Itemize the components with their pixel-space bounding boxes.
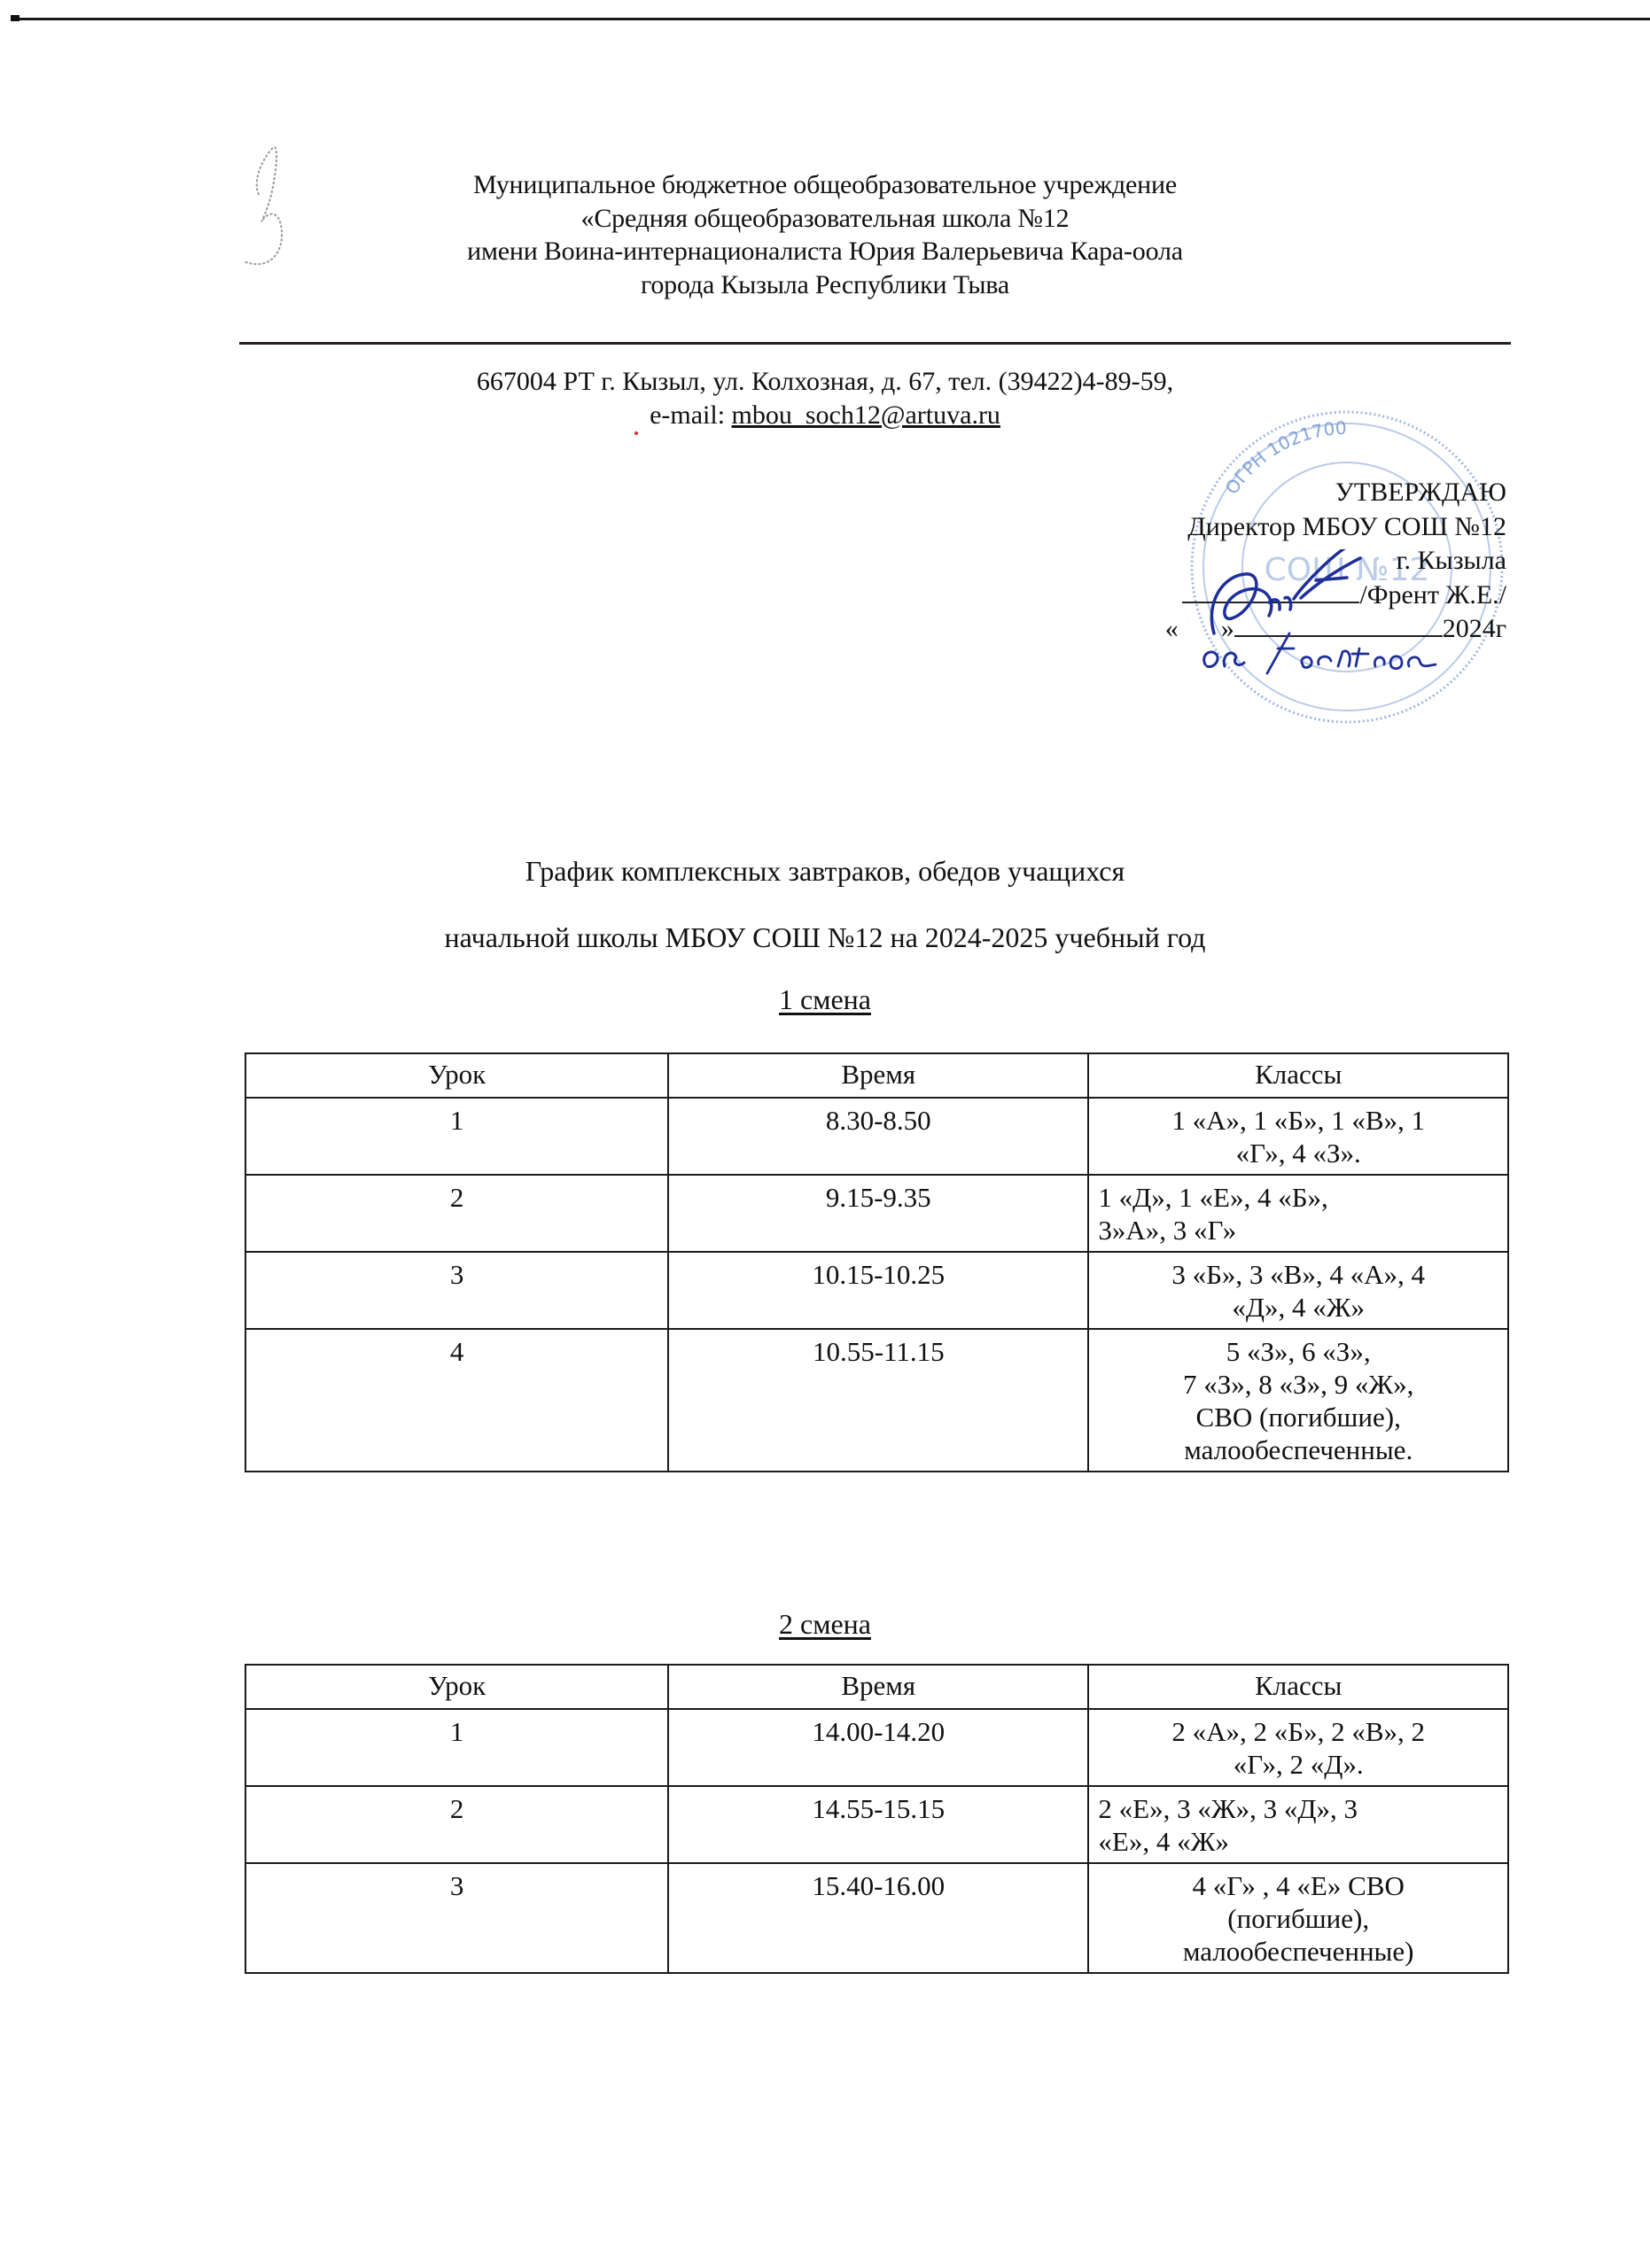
cell-lesson: 1	[245, 1098, 668, 1175]
scan-top-edge-line	[11, 18, 1650, 20]
table-header-row: Урок Время Классы	[245, 1053, 1508, 1098]
cell-time: 14.55-15.15	[668, 1786, 1088, 1863]
cell-classes: 2 «Е», 3 «Ж», 3 «Д», 3«Е», 4 «Ж»	[1088, 1786, 1508, 1863]
org-line: Муниципальное бюджетное общеобразователь…	[0, 168, 1650, 202]
cell-classes: 4 «Г» , 4 «Е» СВО(погибшие),малообеспече…	[1088, 1863, 1508, 1973]
classes-line: «Д», 4 «Ж»	[1098, 1291, 1498, 1324]
column-header-lesson: Урок	[245, 1665, 668, 1709]
cell-lesson: 3	[245, 1863, 668, 1973]
table-row: 315.40-16.004 «Г» , 4 «Е» СВО(погибшие),…	[245, 1863, 1508, 1973]
scan-corner-mark	[11, 15, 19, 21]
table-row: 29.15-9.351 «Д», 1 «Е», 4 «Б»,3»А», 3 «Г…	[245, 1175, 1508, 1252]
classes-line: (погибшие),	[1098, 1902, 1498, 1935]
classes-line: «Е», 4 «Ж»	[1098, 1825, 1498, 1858]
scan-speck	[634, 431, 638, 435]
classes-line: малообеспеченные)	[1098, 1935, 1498, 1968]
shift-2-table: Урок Время Классы 114.00-14.202 «А», 2 «…	[245, 1664, 1509, 1974]
organization-header: Муниципальное бюджетное общеобразователь…	[0, 168, 1650, 301]
approval-position: Директор МБОУ СОШ №12	[1165, 510, 1506, 545]
column-header-lesson: Урок	[245, 1053, 668, 1098]
classes-line: «Г», 2 «Д».	[1098, 1748, 1498, 1781]
table-row: 310.15-10.253 «Б», 3 «В», 4 «А», 4«Д», 4…	[245, 1252, 1508, 1329]
table-header-row: Урок Время Классы	[245, 1665, 1508, 1709]
column-header-time: Время	[668, 1665, 1088, 1709]
document-title-line-1: График комплексных завтраков, обедов уча…	[0, 855, 1650, 888]
table-row: 410.55-11.155 «З», 6 «З»,7 «З», 8 «З», 9…	[245, 1329, 1508, 1472]
email-label: e-mail:	[650, 400, 731, 430]
cell-time: 15.40-16.00	[668, 1863, 1088, 1973]
classes-line: 7 «З», 8 «З», 9 «Ж»,	[1098, 1368, 1498, 1401]
cell-time: 10.15-10.25	[668, 1252, 1088, 1329]
cell-time: 9.15-9.35	[668, 1175, 1088, 1252]
classes-line: 2 «А», 2 «Б», 2 «В», 2	[1098, 1715, 1498, 1748]
document-title-line-2: начальной школы МБОУ СОШ №12 на 2024-202…	[0, 921, 1650, 954]
table-row: 114.00-14.202 «А», 2 «Б», 2 «В», 2«Г», 2…	[245, 1709, 1508, 1786]
approval-heading: УТВЕРЖДАЮ	[1165, 476, 1506, 510]
handwritten-signature	[1170, 549, 1471, 678]
table-row: 18.30-8.501 «А», 1 «Б», 1 «В», 1«Г», 4 «…	[245, 1098, 1508, 1175]
org-line: «Средняя общеобразовательная школа №12	[0, 202, 1650, 236]
shift-1-table-body: 18.30-8.501 «А», 1 «Б», 1 «В», 1«Г», 4 «…	[245, 1098, 1508, 1472]
cell-classes: 1 «А», 1 «Б», 1 «В», 1«Г», 4 «З».	[1088, 1098, 1508, 1175]
classes-line: 3»А», 3 «Г»	[1098, 1214, 1498, 1247]
shift-1-heading: 1 смена	[0, 983, 1650, 1016]
cell-classes: 1 «Д», 1 «Е», 4 «Б»,3»А», 3 «Г»	[1088, 1175, 1508, 1252]
classes-line: 5 «З», 6 «З»,	[1098, 1335, 1498, 1368]
cell-classes: 2 «А», 2 «Б», 2 «В», 2«Г», 2 «Д».	[1088, 1709, 1508, 1786]
cell-lesson: 1	[245, 1709, 668, 1786]
classes-line: 3 «Б», 3 «В», 4 «А», 4	[1098, 1258, 1498, 1291]
address-line: 667004 РТ г. Кызыл, ул. Колхозная, д. 67…	[0, 365, 1650, 399]
shift-2-heading: 2 смена	[0, 1608, 1650, 1641]
cell-lesson: 4	[245, 1329, 668, 1472]
cell-lesson: 2	[245, 1786, 668, 1863]
header-divider	[239, 342, 1511, 345]
shift-2-label: 2 смена	[779, 1608, 871, 1640]
shift-2-table-body: 114.00-14.202 «А», 2 «Б», 2 «В», 2«Г», 2…	[245, 1709, 1508, 1973]
org-line: города Кызыла Республики Тыва	[0, 268, 1650, 302]
table-row: 214.55-15.152 «Е», 3 «Ж», 3 «Д», 3«Е», 4…	[245, 1786, 1508, 1863]
cell-time: 10.55-11.15	[668, 1329, 1088, 1472]
classes-line: «Г», 4 «З».	[1098, 1137, 1498, 1169]
cell-lesson: 3	[245, 1252, 668, 1329]
classes-line: 4 «Г» , 4 «Е» СВО	[1098, 1869, 1498, 1902]
classes-line: 2 «Е», 3 «Ж», 3 «Д», 3	[1098, 1792, 1498, 1825]
classes-line: 1 «Д», 1 «Е», 4 «Б»,	[1098, 1181, 1498, 1214]
shift-1-label: 1 смена	[779, 983, 871, 1015]
cell-lesson: 2	[245, 1175, 668, 1252]
classes-line: малообеспеченные.	[1098, 1433, 1498, 1466]
classes-line: 1 «А», 1 «Б», 1 «В», 1	[1098, 1104, 1498, 1137]
cell-classes: 5 «З», 6 «З»,7 «З», 8 «З», 9 «Ж»,СВО (по…	[1088, 1329, 1508, 1472]
org-line: имени Воина-интернационалиста Юрия Валер…	[0, 235, 1650, 268]
column-header-classes: Классы	[1088, 1665, 1508, 1709]
column-header-time: Время	[668, 1053, 1088, 1098]
cell-time: 8.30-8.50	[668, 1098, 1088, 1175]
cell-time: 14.00-14.20	[668, 1709, 1088, 1786]
classes-line: СВО (погибшие),	[1098, 1401, 1498, 1433]
email-link[interactable]: mbou_soch12@artuva.ru	[732, 400, 1000, 430]
shift-1-table: Урок Время Классы 18.30-8.501 «А», 1 «Б»…	[245, 1052, 1509, 1472]
column-header-classes: Классы	[1088, 1053, 1508, 1098]
cell-classes: 3 «Б», 3 «В», 4 «А», 4«Д», 4 «Ж»	[1088, 1252, 1508, 1329]
